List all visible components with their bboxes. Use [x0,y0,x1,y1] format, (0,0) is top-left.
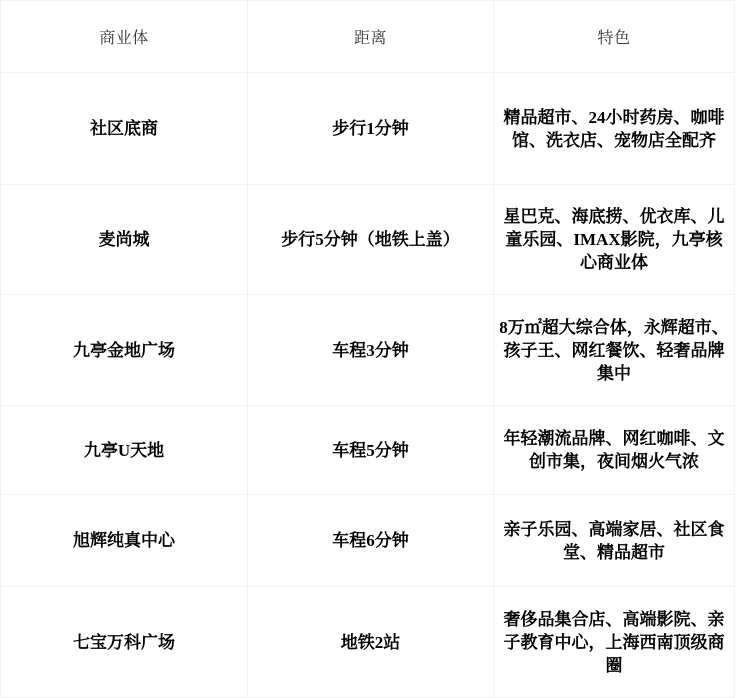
mall-comparison-table: 商业体 距离 特色 社区底商 步行1分钟 精品超市、24小时药房、咖啡馆、洗衣店… [0,0,735,698]
column-header-features: 特色 [494,1,735,73]
mall-features: 年轻潮流品牌、网红咖啡、文创市集，夜间烟火气浓 [494,406,735,495]
mall-features: 亲子乐园、高端家居、社区食堂、精品超市 [494,495,735,587]
mall-features: 奢侈品集合店、高端影院、亲子教育中心，上海西南顶级商圈 [494,587,735,698]
table-row: 七宝万科广场 地铁2站 奢侈品集合店、高端影院、亲子教育中心，上海西南顶级商圈 [1,587,735,698]
mall-distance: 车程5分钟 [248,406,494,495]
mall-distance: 地铁2站 [248,587,494,698]
mall-features: 8万㎡超大综合体，永辉超市、孩子王、网红餐饮、轻奢品牌集中 [494,295,735,406]
table-row: 九亭金地广场 车程3分钟 8万㎡超大综合体，永辉超市、孩子王、网红餐饮、轻奢品牌… [1,295,735,406]
mall-distance: 步行5分钟（地铁上盖） [248,185,494,295]
mall-name: 旭辉纯真中心 [1,495,248,587]
mall-name: 社区底商 [1,73,248,185]
column-header-distance: 距离 [248,1,494,73]
table-row: 旭辉纯真中心 车程6分钟 亲子乐园、高端家居、社区食堂、精品超市 [1,495,735,587]
table-header-row: 商业体 距离 特色 [1,1,735,73]
table-row: 麦尚城 步行5分钟（地铁上盖） 星巴克、海底捞、优衣库、儿童乐园、IMAX影院，… [1,185,735,295]
mall-name: 七宝万科广场 [1,587,248,698]
mall-distance: 步行1分钟 [248,73,494,185]
table-row: 社区底商 步行1分钟 精品超市、24小时药房、咖啡馆、洗衣店、宠物店全配齐 [1,73,735,185]
mall-features: 星巴克、海底捞、优衣库、儿童乐园、IMAX影院，九亭核心商业体 [494,185,735,295]
table-row: 九亭U天地 车程5分钟 年轻潮流品牌、网红咖啡、文创市集，夜间烟火气浓 [1,406,735,495]
mall-name: 麦尚城 [1,185,248,295]
column-header-mall: 商业体 [1,1,248,73]
mall-distance: 车程3分钟 [248,295,494,406]
mall-distance: 车程6分钟 [248,495,494,587]
mall-features: 精品超市、24小时药房、咖啡馆、洗衣店、宠物店全配齐 [494,73,735,185]
mall-name: 九亭金地广场 [1,295,248,406]
mall-name: 九亭U天地 [1,406,248,495]
